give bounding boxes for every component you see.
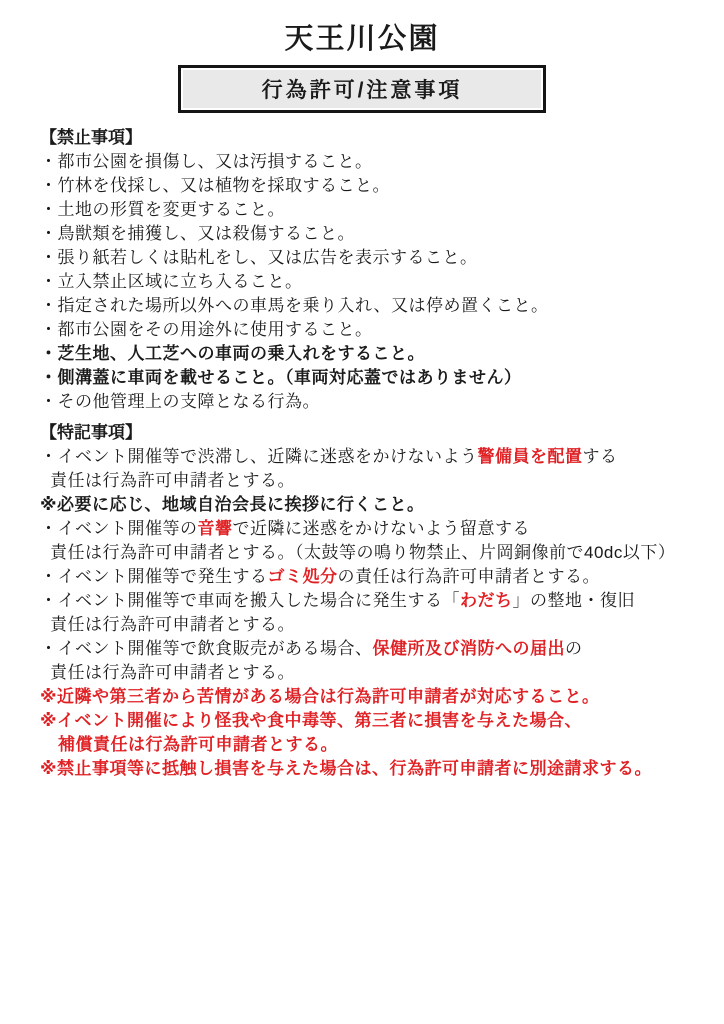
text-line: ・その他管理上の支障となる行為。	[40, 390, 694, 414]
text-segment: ・鳥獣類を捕獲し、又は殺傷すること。	[40, 224, 355, 243]
emphasis-red-text: わだち	[460, 591, 513, 610]
text-segment: ・張り紙若しくは貼札をし、又は広告を表示すること。	[40, 248, 478, 267]
text-segment: ・イベント開催等で飲食販売がある場合、	[40, 639, 373, 658]
section-heading: 【禁止事項】	[40, 126, 694, 150]
emphasis-bold-text: ・側溝蓋に車両を載せること。（車両対応蓋ではありません）	[40, 368, 522, 387]
text-segment: ・イベント開催等で発生する	[40, 567, 268, 586]
emphasis-red-text: 補償責任は行為許可申請者とする。	[58, 735, 338, 754]
text-line: 責任は行為許可申請者とする。	[40, 613, 694, 637]
text-line: ※イベント開催により怪我や食中毒等、第三者に損害を与えた場合、	[40, 709, 694, 733]
document-content: 【禁止事項】・都市公園を損傷し、又は汚損すること。・竹林を伐採し、又は植物を採取…	[0, 113, 724, 781]
text-line: ※近隣や第三者から苦情がある場合は行為許可申請者が対応すること。	[40, 685, 694, 709]
emphasis-bold-text: ・芝生地、人工芝への車両の乗入れをすること。	[40, 344, 425, 363]
text-line: ・土地の形質を変更すること。	[40, 198, 694, 222]
text-segment: 責任は行為許可申請者とする。	[50, 663, 295, 682]
text-line: ・立入禁止区域に立ち入ること。	[40, 270, 694, 294]
text-segment: ・指定された場所以外への車馬を乗り入れ、又は停め置くこと。	[40, 296, 549, 315]
text-segment: 責任は行為許可申請者とする。	[50, 615, 295, 634]
text-line: 責任は行為許可申請者とする。（太鼓等の鳴り物禁止、片岡銅像前で40dc以下）	[40, 541, 694, 565]
text-line: 補償責任は行為許可申請者とする。	[40, 733, 694, 757]
text-segment: ・土地の形質を変更すること。	[40, 200, 285, 219]
emphasis-red-text: 保健所及び消防への届出	[373, 639, 566, 658]
text-line: ・イベント開催等で発生するゴミ処分の責任は行為許可申請者とする。	[40, 565, 694, 589]
text-line: ・都市公園を損傷し、又は汚損すること。	[40, 150, 694, 174]
page-title: 天王川公園	[0, 0, 724, 56]
text-segment: で近隣に迷惑をかけないよう留意する	[233, 519, 531, 538]
text-line: ・芝生地、人工芝への車両の乗入れをすること。	[40, 342, 694, 366]
text-segment: ・イベント開催等で渋滞し、近隣に迷惑をかけないよう	[40, 447, 478, 466]
emphasis-red-text: ※イベント開催により怪我や食中毒等、第三者に損害を与えた場合、	[40, 711, 582, 730]
text-segment: 責任は行為許可申請者とする。（太鼓等の鳴り物禁止、片岡銅像前で40dc以下）	[50, 543, 675, 562]
text-line: ・都市公園をその用途外に使用すること。	[40, 318, 694, 342]
document-page: 天王川公園 行為許可/注意事項 【禁止事項】・都市公園を損傷し、又は汚損すること…	[0, 0, 724, 1024]
emphasis-red-text: ※禁止事項等に抵触し損害を与えた場合は、行為許可申請者に別途請求する。	[40, 759, 652, 778]
text-segment: する	[583, 447, 618, 466]
text-segment: ・都市公園を損傷し、又は汚損すること。	[40, 152, 373, 171]
text-segment: ・竹林を伐採し、又は植物を採取すること。	[40, 176, 390, 195]
header-box: 行為許可/注意事項	[178, 65, 546, 113]
emphasis-red-text: ※近隣や第三者から苦情がある場合は行為許可申請者が対応すること。	[40, 687, 600, 706]
text-line: ※必要に応じ、地域自治会長に挨拶に行くこと。	[40, 493, 694, 517]
text-line: ・張り紙若しくは貼札をし、又は広告を表示すること。	[40, 246, 694, 270]
text-line: ・イベント開催等で車両を搬入した場合に発生する「わだち」の整地・復旧	[40, 589, 694, 613]
header-box-label: 行為許可/注意事項	[262, 79, 463, 102]
text-line: ・イベント開催等で飲食販売がある場合、保健所及び消防への届出の	[40, 637, 694, 661]
text-line: ※禁止事項等に抵触し損害を与えた場合は、行為許可申請者に別途請求する。	[40, 757, 694, 781]
text-line: ・鳥獣類を捕獲し、又は殺傷すること。	[40, 222, 694, 246]
text-segment: ・立入禁止区域に立ち入ること。	[40, 272, 303, 291]
text-segment: ・イベント開催等の	[40, 519, 198, 538]
text-segment: ・その他管理上の支障となる行為。	[40, 392, 320, 411]
text-line: ・イベント開催等の音響で近隣に迷惑をかけないよう留意する	[40, 517, 694, 541]
section-heading: 【特記事項】	[40, 421, 694, 445]
text-segment: 責任は行為許可申請者とする。	[50, 471, 295, 490]
text-line: 責任は行為許可申請者とする。	[40, 469, 694, 493]
emphasis-red-text: 音響	[198, 519, 233, 538]
text-line: ・指定された場所以外への車馬を乗り入れ、又は停め置くこと。	[40, 294, 694, 318]
text-line: ・竹林を伐採し、又は植物を採取すること。	[40, 174, 694, 198]
text-line: 責任は行為許可申請者とする。	[40, 661, 694, 685]
emphasis-red-text: ゴミ処分	[268, 567, 338, 586]
text-line: ・イベント開催等で渋滞し、近隣に迷惑をかけないよう警備員を配置する	[40, 445, 694, 469]
text-segment: ・都市公園をその用途外に使用すること。	[40, 320, 373, 339]
text-segment: ・イベント開催等で車両を搬入した場合に発生する「	[40, 591, 460, 610]
text-segment: 」の整地・復旧	[513, 591, 636, 610]
text-segment: の	[565, 639, 583, 658]
emphasis-red-text: 警備員を配置	[478, 447, 583, 466]
emphasis-bold-text: ※必要に応じ、地域自治会長に挨拶に行くこと。	[40, 495, 425, 514]
text-segment: の責任は行為許可申請者とする。	[338, 567, 601, 586]
text-line: ・側溝蓋に車両を載せること。（車両対応蓋ではありません）	[40, 366, 694, 390]
